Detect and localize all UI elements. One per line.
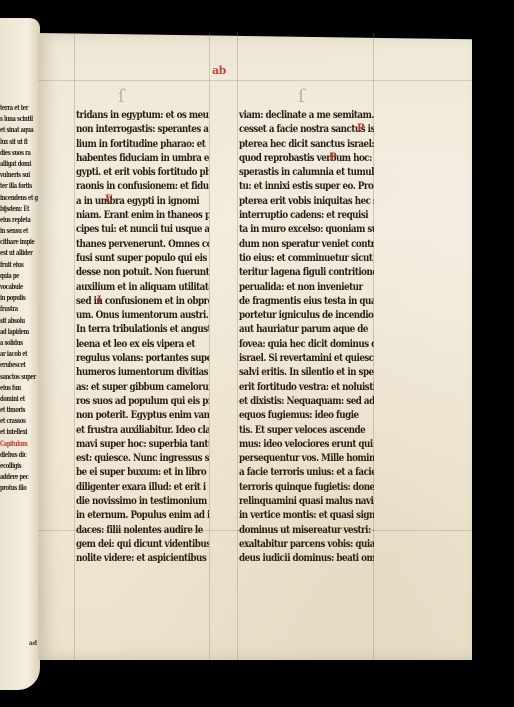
left-text-line: lux sit ut fi [0, 136, 29, 147]
text-line: habentes fiduciam in umbra e [76, 151, 190, 165]
left-text-line: frustra [0, 303, 29, 314]
text-line: deus iudicii dominus: beati omnes qui [239, 551, 355, 565]
text-line: tu: et innixi estis super eo. Pro [239, 179, 355, 193]
text-line: in vertice montis: et quasi signum [239, 508, 355, 522]
text-line: relinquamini quasi malus navis [239, 494, 355, 508]
text-line: perualida: et non invenietur [239, 280, 355, 294]
text-line: gypti. et erit vobis fortitudo pha [76, 165, 190, 179]
text-line: portetur igniculus de incendio: [239, 308, 355, 322]
left-page-text-column: terra et ter s luna scintil et sinat aqu… [0, 102, 38, 494]
text-line: non poterit. Egyptus enim vane [76, 408, 190, 422]
ascender-stroke: ſ [118, 86, 125, 107]
running-header: ab [212, 64, 226, 77]
text-line: interruptio cadens: et requisi [239, 208, 355, 222]
text-line: tis. Et super veloces ascende [239, 423, 355, 437]
left-text-line: diebus dic [0, 449, 29, 460]
left-text-line: et sinat aqua [0, 124, 29, 135]
text-line: est: quiesce. Nunc ingressus scri [76, 451, 190, 465]
text-line: viam: declinate a me semitam. [239, 108, 355, 122]
rubricated-initial: P [329, 152, 337, 163]
left-text-line: dies suos ra [0, 147, 29, 158]
text-line: nolite videre: et aspicientibus aspi [76, 551, 190, 565]
text-line: a in umbra egypti in ignomi [76, 194, 190, 208]
left-text-line: et intellexi [0, 426, 29, 437]
text-line: gem dei: qui dicunt videntibus [76, 537, 190, 551]
text-line: terroris quinque fugietis: donec [239, 480, 355, 494]
text-line: die novissimo in testimonium usque [76, 494, 190, 508]
text-line: thanes pervenerunt. Omnes con [76, 237, 190, 251]
text-line: persequentur vos. Mille homines [239, 451, 355, 465]
text-line: ta in muro excelso: quoniam subito [239, 222, 355, 236]
left-text-line: domini et [0, 393, 29, 404]
text-line: leena et leo ex eis vipera et [76, 337, 190, 351]
left-text-line: s luna scintil [0, 113, 29, 124]
left-text-line: ad lapidem [0, 326, 29, 337]
text-line: diligenter exara illud: et erit i [76, 480, 190, 494]
left-text-line: incendens et gra [0, 192, 29, 203]
text-line: in eternum. Populus enim ad iracun [76, 508, 190, 522]
left-text-line: quia pe [0, 270, 29, 281]
left-text-line: in sensu et [0, 225, 29, 236]
text-line: sperastis in calumnia et tumul [239, 165, 355, 179]
text-line: lium in fortitudine pharao: et [76, 137, 190, 151]
text-line: teritur lagena figuli contritione [239, 265, 355, 279]
text-line: fovea: quia hec dicit dominus deus [239, 337, 355, 351]
text-line: et dixistis: Nequaquam: sed ad [239, 394, 355, 408]
text-line: sed in confusionem et in obprobri [76, 294, 190, 308]
left-text-line: addere pec [0, 471, 29, 482]
text-line: pterea erit vobis iniquitas hec sicut [239, 194, 355, 208]
text-line: equos fugiemus: ideo fugie [239, 408, 355, 422]
left-text-line: sanctos super [0, 371, 29, 382]
left-text-line: et timoris [0, 404, 29, 415]
rubricated-initial: I [97, 295, 102, 306]
text-line: non interrogastis: sperantes auxi [76, 122, 190, 136]
left-page-edge: terra et ter s luna scintil et sinat aqu… [0, 18, 40, 690]
text-line: dominus ut misereatur vestri: et ideo [239, 523, 355, 537]
left-text-line: a solidus [0, 337, 29, 348]
text-line: be ei super buxum: et in libro [76, 465, 190, 479]
left-text-line: eius fun [0, 382, 29, 393]
text-line: salvi eritis. In silentio et in spe [239, 365, 355, 379]
text-line: et frustra auxiliabitur. Ideo cla [76, 423, 190, 437]
rubricated-initial: P [357, 123, 365, 134]
text-line: desse non potuit. Non fuerunt in [76, 265, 190, 279]
left-text-line: alligat domi [0, 158, 29, 169]
left-text-line: protus illo [0, 482, 29, 493]
left-text-line: cithare impie [0, 236, 29, 247]
left-text-line: ar iacob et [0, 348, 29, 359]
left-text-line: vulneris sui [0, 169, 29, 180]
left-text-line: terra et ter [0, 102, 29, 113]
left-text-line: fruit eius [0, 259, 29, 270]
text-line: raonis in confusionem: et fiduci [76, 179, 190, 193]
text-line: as: et super gibbum camelorum thesau [76, 380, 190, 394]
left-text-line: erubescet [0, 359, 29, 370]
left-chapter-rubric: Capitulum [0, 438, 29, 449]
left-text-line: est ut allider [0, 247, 29, 258]
ascender-stroke: ſ [298, 86, 305, 107]
text-line: humeros iumentorum divitias su [76, 365, 190, 379]
text-line: quod reprobastis verbum hoc: et [239, 151, 355, 165]
text-line: de fragmentis eius testa in qua [239, 294, 355, 308]
text-line: fusi sunt super populo qui eis pro [76, 251, 190, 265]
text-line: erit fortitudo vestra: et noluistis [239, 380, 355, 394]
quire-signature: ad [29, 640, 37, 647]
text-line: israel. Si revertamini et quiescatis [239, 351, 355, 365]
ruling-line-vertical [209, 33, 210, 660]
text-line: In terra tribulationis et angustie [76, 322, 190, 336]
text-line: aut hauriatur parum aque de [239, 322, 355, 336]
text-line: a facie terroris unius: et a facie [239, 465, 355, 479]
text-line: mus: ideo velociores erunt qui [239, 437, 355, 451]
text-line: ros suos ad populum qui eis prodesse [76, 394, 190, 408]
text-line: auxilium et in aliquam utilitatem: [76, 280, 190, 294]
text-line: cesset a facie nostra sanctus israel. Pr… [239, 122, 355, 136]
left-text-line: in populis [0, 292, 29, 303]
text-line: tridans in egyptum: et os meum [76, 108, 190, 122]
left-text-line: vocabule [0, 281, 29, 292]
ruling-line-vertical [74, 33, 75, 660]
text-line: pterea hec dicit sanctus israel: pro eo [239, 137, 355, 151]
text-line: dum non speratur veniet contri [239, 237, 355, 251]
text-line: exaltabitur parcens vobis: quia [239, 537, 355, 551]
text-line: regulus volans: portantes super [76, 351, 190, 365]
ruling-line-horizontal [38, 80, 472, 81]
text-line: mavi super hoc: superbia tantum [76, 437, 190, 451]
text-column-right: viam: declinate a me semitam. cesset a f… [239, 108, 374, 566]
text-line: cipes tui: et nuncii tui usque ad [76, 222, 190, 236]
text-column-left: tridans in egyptum: et os meum non inter… [76, 108, 209, 566]
text-line: daces: filii nolentes audire le [76, 523, 190, 537]
ruling-line-vertical [237, 33, 238, 660]
left-text-line: bijsdem: Et [0, 203, 29, 214]
text-line: niam. Erant enim in thaneos prin [76, 208, 190, 222]
left-text-line: sit absolu [0, 315, 29, 326]
rubricated-initial: E [105, 194, 113, 205]
left-text-line: ecolligis [0, 460, 29, 471]
left-text-line: et crassos [0, 415, 29, 426]
left-text-line: eius repleta [0, 214, 29, 225]
left-text-line: ter illa fortis [0, 180, 29, 191]
text-line: tio eius: et comminuetur sicut con [239, 251, 355, 265]
text-line: um. Onus iumentorum austri. [76, 308, 190, 322]
